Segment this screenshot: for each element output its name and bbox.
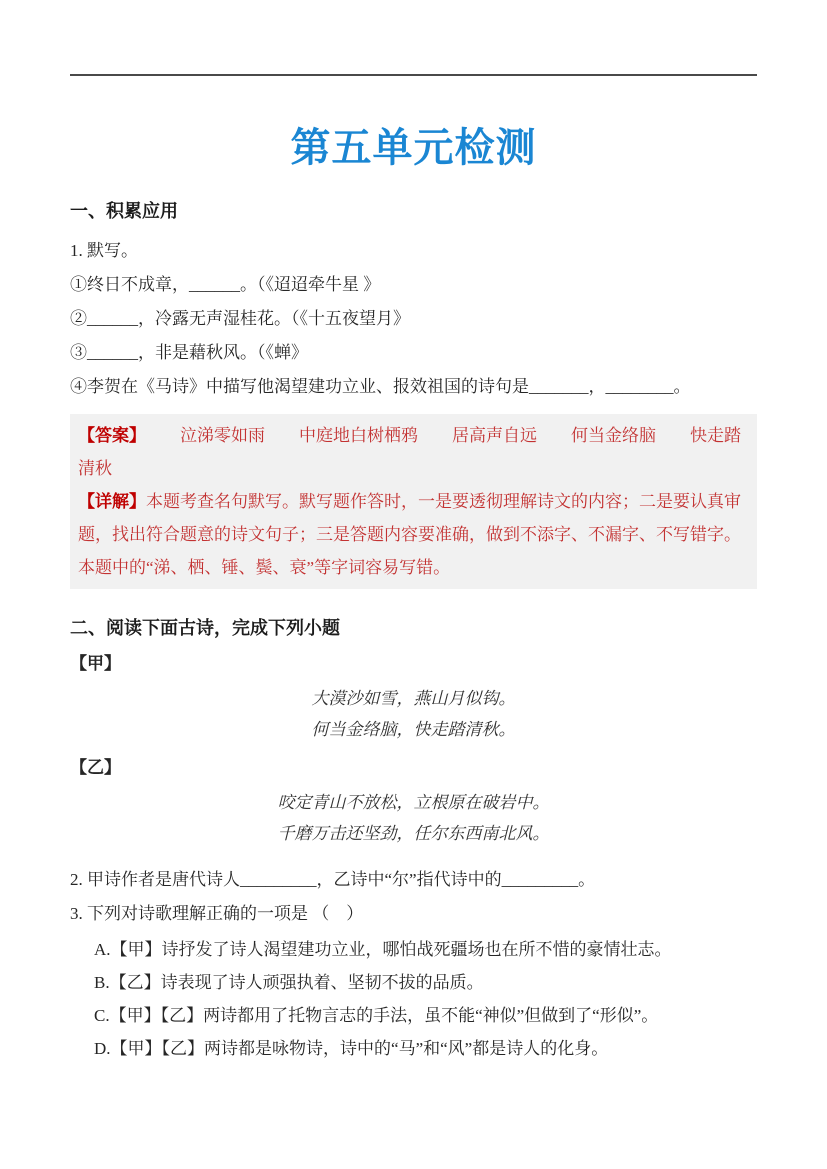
detail-line: 【详解】本题考查名句默写。默写题作答时，一是要透彻理解诗文的内容；二是要认真审题… xyxy=(78,485,749,584)
answer-marker: 【答案】 xyxy=(78,426,146,445)
poem-jia-label: 【甲】 xyxy=(70,649,757,679)
section-one-heading: 一、积累应用 xyxy=(70,198,757,224)
poem-jia-line-1: 大漠沙如雪，燕山月似钩。 xyxy=(70,683,757,714)
blank-item-4: ④李贺在《马诗》中描写他渴望建功立业、报效祖国的诗句是_______，_____… xyxy=(70,370,757,404)
detail-marker: 【详解】 xyxy=(78,492,146,511)
section-two-heading: 二、阅读下面古诗，完成下列小题 xyxy=(70,615,757,641)
option-a: A.【甲】诗抒发了诗人渴望建功立业，哪怕战死疆场也在所不惜的豪情壮志。 xyxy=(94,933,757,966)
poem-yi-line-1: 咬定青山不放松，立根原在破岩中。 xyxy=(70,787,757,818)
answer-item-3: 居高声自远 xyxy=(452,426,537,445)
poem-jia-line-2: 何当金络脑，快走踏清秋。 xyxy=(70,714,757,745)
answer-item-2: 中庭地白树栖鸦 xyxy=(299,426,418,445)
question-3: 3. 下列对诗歌理解正确的一项是 （ ） xyxy=(70,897,757,931)
question-2: 2. 甲诗作者是唐代诗人_________，乙诗中“尔”指代诗中的_______… xyxy=(70,863,757,897)
question-1-label: 1. 默写。 xyxy=(70,234,757,268)
detail-text: 本题考查名句默写。默写题作答时，一是要透彻理解诗文的内容；二是要认真审题，找出符… xyxy=(78,492,741,577)
blank-item-1: ①终日不成章，______。（《迢迢牵牛星 》 xyxy=(70,268,757,302)
poem-yi-line-2: 千磨万击还坚劲，任尔东西南北风。 xyxy=(70,818,757,849)
question-3-options: A.【甲】诗抒发了诗人渴望建功立业，哪怕战死疆场也在所不惜的豪情壮志。 B.【乙… xyxy=(70,933,757,1065)
blank-item-3: ③______，非是藉秋风。（《蝉》 xyxy=(70,336,757,370)
blank-item-2: ②______，冷露无声湿桂花。（《十五夜望月》 xyxy=(70,302,757,336)
answer-item-4: 何当金络脑 xyxy=(571,426,656,445)
poem-yi: 咬定青山不放松，立根原在破岩中。 千磨万击还坚劲，任尔东西南北风。 xyxy=(70,787,757,849)
header-rule xyxy=(70,74,757,76)
document-page: 第五单元检测 一、积累应用 1. 默写。 ①终日不成章，______。（《迢迢牵… xyxy=(0,0,827,1169)
answer-item-1: 泣涕零如雨 xyxy=(180,426,265,445)
answer-line: 【答案】泣涕零如雨中庭地白树栖鸦居高声自远何当金络脑快走踏清秋 xyxy=(78,419,749,485)
option-c: C.【甲】【乙】两诗都用了托物言志的手法，虽不能“神似”但做到了“形似”。 xyxy=(94,999,757,1032)
poem-jia: 大漠沙如雪，燕山月似钩。 何当金络脑，快走踏清秋。 xyxy=(70,683,757,745)
poem-yi-label: 【乙】 xyxy=(70,753,757,783)
page-title: 第五单元检测 xyxy=(70,124,757,172)
answer-block: 【答案】泣涕零如雨中庭地白树栖鸦居高声自远何当金络脑快走踏清秋 【详解】本题考查… xyxy=(70,414,757,589)
option-b: B.【乙】诗表现了诗人顽强执着、坚韧不拔的品质。 xyxy=(94,966,757,999)
option-d: D.【甲】【乙】两诗都是咏物诗，诗中的“马”和“风”都是诗人的化身。 xyxy=(94,1032,757,1065)
